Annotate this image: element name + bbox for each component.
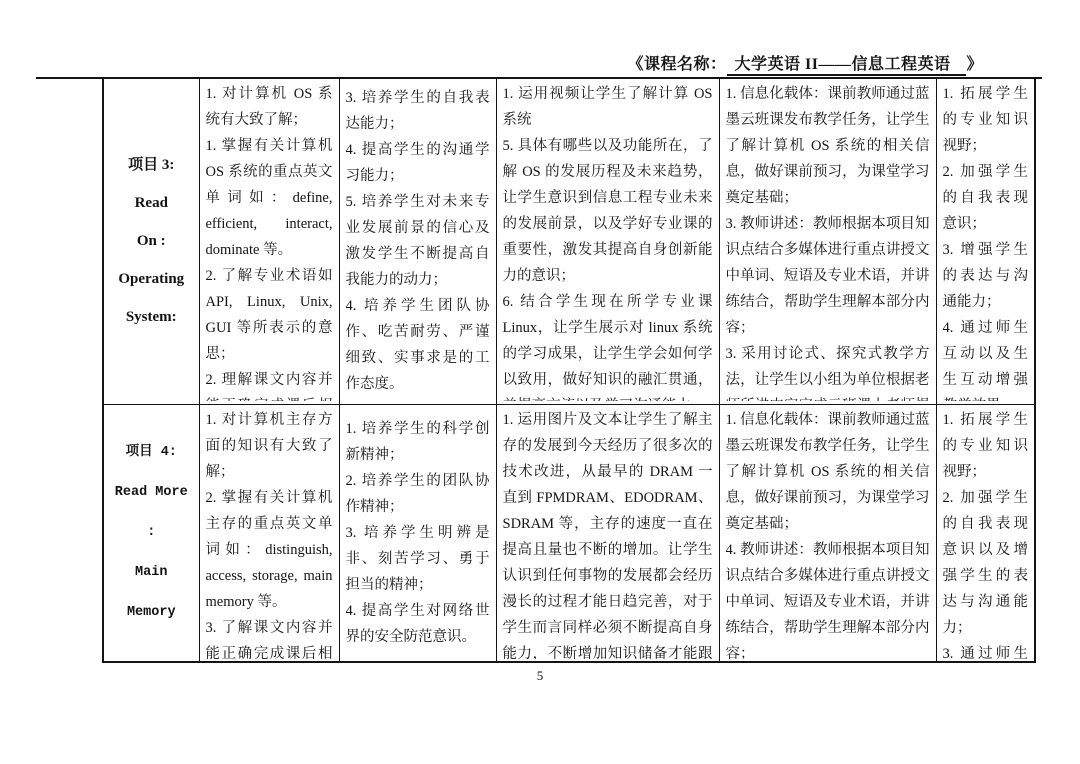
knowledge-objectives-text: 1. 对计算机主存方面的知识有大致了解； 2. 掌握有关计算机主存的重点英文单词… — [206, 407, 333, 659]
teaching-content-cell: 1. 运用图片及文本让学生了解主存的发展到今天经历了很多次的技术改进，从最早的 … — [496, 404, 719, 662]
expected-outcome-text: 1. 拓展学生的专业知识视野； 2. 加强学生的自我表现意识以及增强学生的表达与… — [943, 407, 1029, 659]
course-name-close-bracket: 》 — [966, 56, 983, 73]
teaching-process-text: 1. 信息化载体：课前教师通过蓝墨云班课发布教学任务，让学生了解计算机 OS 系… — [726, 81, 930, 401]
teaching-content-text: 1. 运用视频让学生了解计算 OS 系统 5. 具体有哪些以及功能所在，了解 O… — [503, 81, 713, 401]
course-name-label: 《课程名称： — [628, 56, 727, 73]
ability-objectives-cell: 1. 培养学生的科学创新精神； 2. 培养学生的团队协作精神； 3. 培养学生明… — [339, 404, 496, 662]
teaching-content-cell: 1. 运用视频让学生了解计算 OS 系统 5. 具体有哪些以及功能所在，了解 O… — [496, 78, 719, 404]
teaching-content-text: 1. 运用图片及文本让学生了解主存的发展到今天经历了很多次的技术改进，从最早的 … — [503, 407, 713, 659]
table-row-project-3: 项目 3: Read On : Operating System: 1. 对计算… — [103, 78, 1035, 404]
project-name: 项目 4: Read More : Main Memory — [110, 433, 193, 633]
teaching-process-cell: 1. 信息化载体：课前教师通过蓝墨云班课发布教学任务，让学生了解计算机 OS 系… — [719, 78, 936, 404]
knowledge-objectives-cell: 1. 对计算机主存方面的知识有大致了解； 2. 掌握有关计算机主存的重点英文单词… — [199, 404, 339, 662]
ability-objectives-text: 1. 培养学生的科学创新精神； 2. 培养学生的团队协作精神； 3. 培养学生明… — [346, 416, 490, 650]
expected-outcome-cell: 1. 拓展学生的专业知识视野； 2. 加强学生的自我表现意识； 3. 增强学生的… — [936, 78, 1035, 404]
knowledge-objectives-cell: 1. 对计算机 OS 系统有大致了解； 1. 掌握有关计算机 OS 系统的重点英… — [199, 78, 339, 404]
ability-objectives-cell: 3. 培养学生的自我表达能力； 4. 提高学生的沟通学习能力； 5. 培养学生对… — [339, 78, 496, 404]
project-name-cell: 项目 3: Read On : Operating System: — [103, 78, 199, 404]
page-number: 5 — [0, 668, 1080, 684]
project-name-cell: 项目 4: Read More : Main Memory — [103, 404, 199, 662]
teaching-process-text: 1. 信息化载体：课前教师通过蓝墨云班课发布教学任务，让学生了解计算机 OS 系… — [726, 407, 930, 659]
ability-objectives-text: 3. 培养学生的自我表达能力； 4. 提高学生的沟通学习能力； 5. 培养学生对… — [346, 85, 490, 397]
syllabus-table: 项目 3: Read On : Operating System: 1. 对计算… — [102, 77, 1036, 663]
project-name: 项目 3: Read On : Operating System: — [110, 146, 193, 336]
teaching-process-cell: 1. 信息化载体：课前教师通过蓝墨云班课发布教学任务，让学生了解计算机 OS 系… — [719, 404, 936, 662]
course-name: 大学英语 II——信息工程英语 — [727, 56, 967, 76]
knowledge-objectives-text: 1. 对计算机 OS 系统有大致了解； 1. 掌握有关计算机 OS 系统的重点英… — [206, 81, 333, 401]
page-header: 《课程名称：大学英语 II——信息工程英语》 — [628, 51, 984, 74]
expected-outcome-text: 1. 拓展学生的专业知识视野； 2. 加强学生的自我表现意识； 3. 增强学生的… — [943, 81, 1029, 401]
table-row-project-4: 项目 4: Read More : Main Memory 1. 对计算机主存方… — [103, 404, 1035, 662]
expected-outcome-cell: 1. 拓展学生的专业知识视野； 2. 加强学生的自我表现意识以及增强学生的表达与… — [936, 404, 1035, 662]
